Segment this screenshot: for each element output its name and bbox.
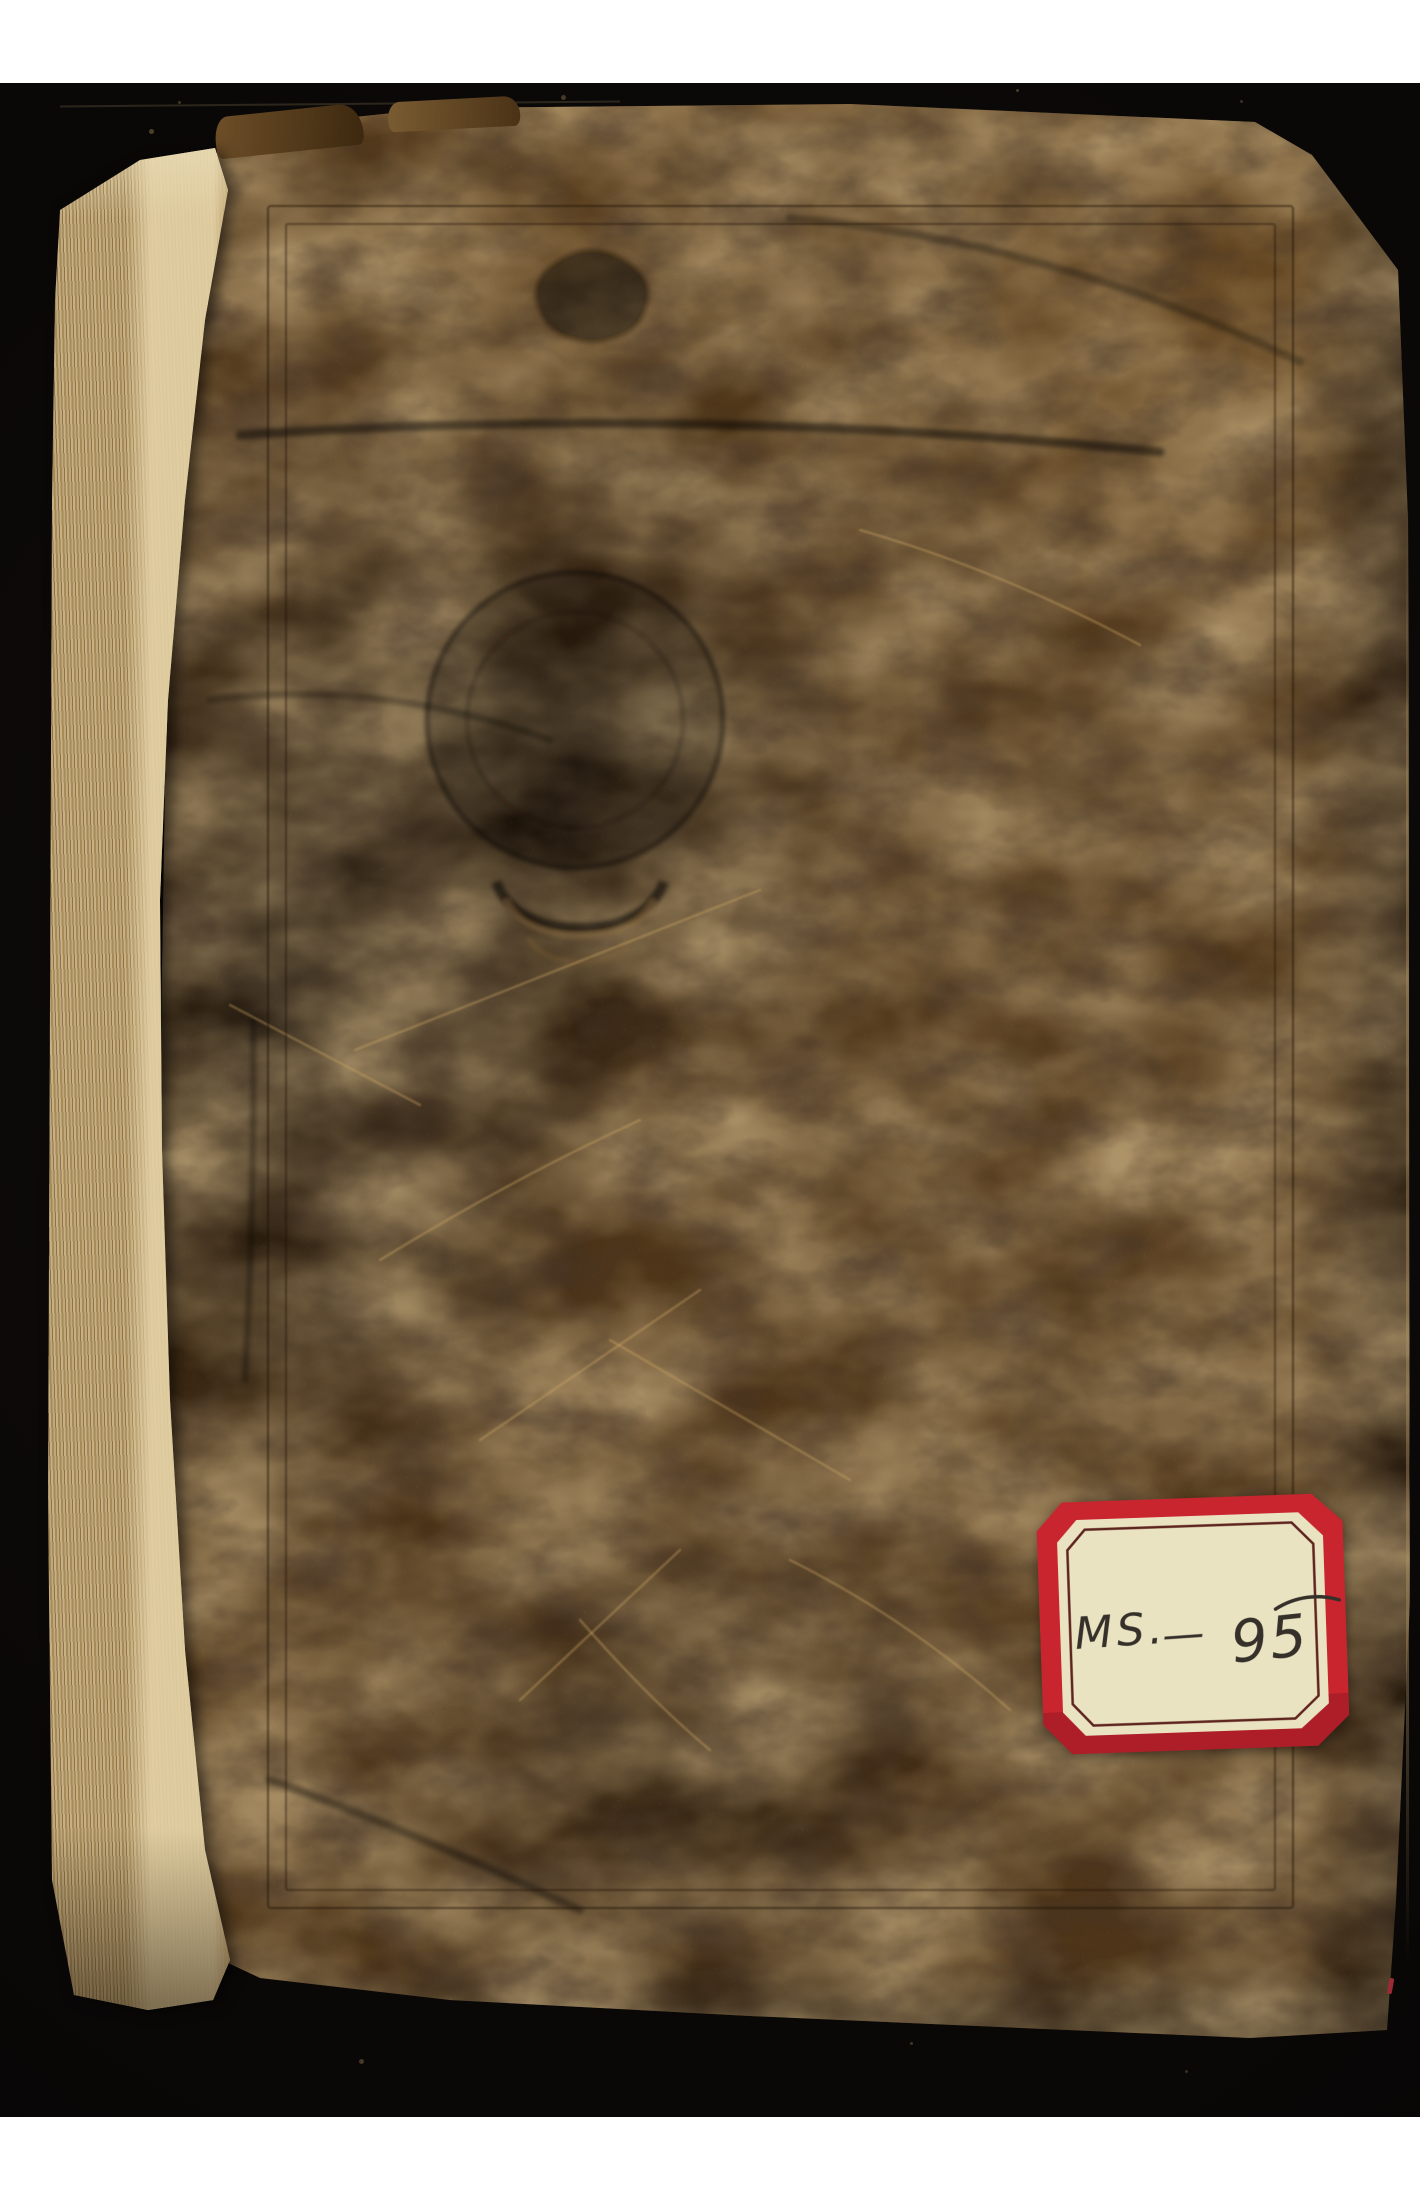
archival-scan-page: MS. — 95	[0, 0, 1420, 2200]
photo-vignette	[0, 83, 1420, 2117]
photo-background: MS. — 95	[0, 83, 1420, 2117]
